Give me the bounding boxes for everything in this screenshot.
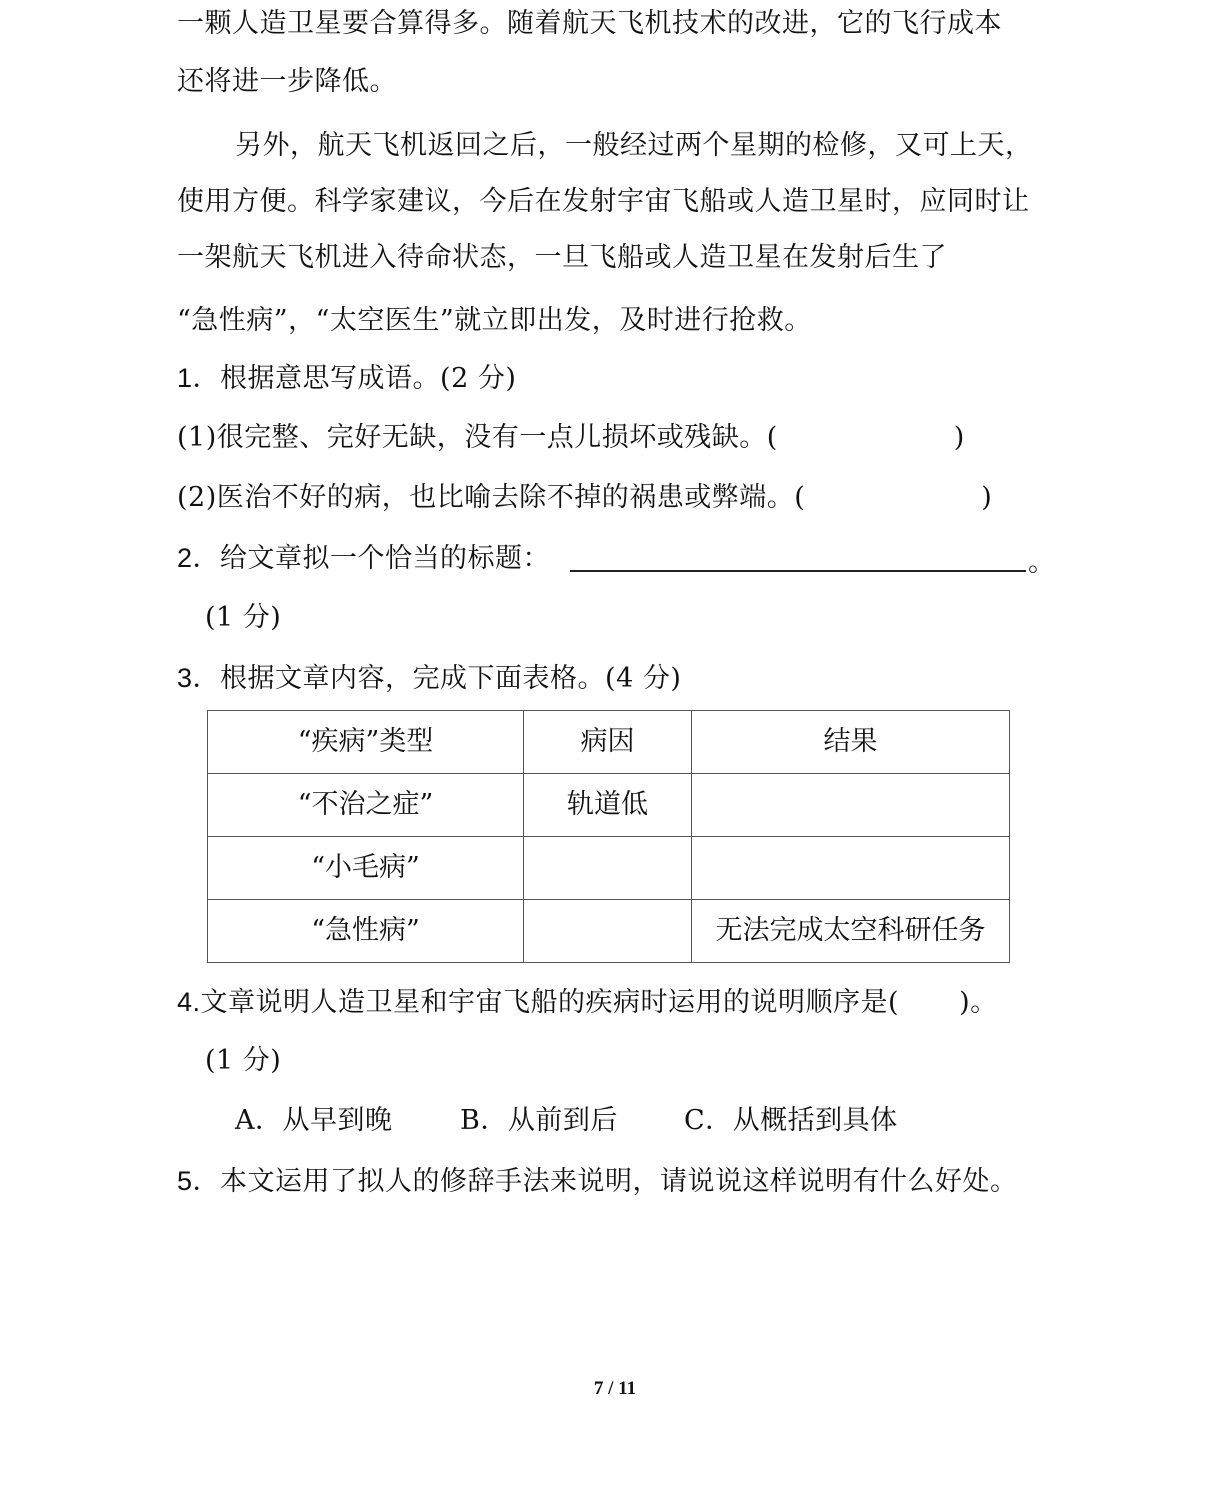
question-text: 文章说明人造卫星和宇宙飞船的疾病时运用的说明顺序是( [201,987,900,1018]
question-number: 5． [177,1166,220,1196]
passage-line: 使用方便。科学家建议，今后在发射宇宙飞船或人造卫星时，应同时让 [177,182,1030,222]
table-cell: 无法完成太空科研任务 [692,900,1010,963]
question-text: 根据文章内容，完成下面表格。(4 分) [220,663,681,694]
title-answer-line[interactable] [570,570,1026,572]
table-header: 病因 [524,711,692,774]
question-number: 4. [177,987,201,1017]
table-row: “急性病” 无法完成太空科研任务 [208,900,1010,963]
table-cell-blank[interactable] [692,837,1010,900]
table-row: “小毛病” [208,837,1010,900]
page-number: 7 / 11 [0,1378,1230,1400]
passage-line: 另外，航天飞机返回之后，一般经过两个星期的检修，又可上天， [235,126,1033,166]
table-row: “不治之症” 轨道低 [208,774,1010,837]
question-text: 给文章拟一个恰当的标题： [220,543,550,574]
passage-line: “急性病”，“太空医生”就立即出发，及时进行抢救。 [177,301,812,341]
question-number: 2． [177,543,220,573]
close-paren: ) [954,422,965,453]
table-header: “疾病”类型 [208,711,524,774]
table-cell: “不治之症” [208,774,524,837]
period: 。 [1028,543,1055,583]
table-cell-blank[interactable] [692,774,1010,837]
close-paren: ) [981,482,992,513]
question-score: (1 分) [205,598,281,638]
question-text: 本文运用了拟人的修辞手法来说明，请说说这样说明有什么好处。 [220,1166,1018,1197]
table-cell: 轨道低 [524,774,692,837]
table-cell: “急性病” [208,900,524,963]
sub-question-1: (1)很完整、完好无缺，没有一点儿损坏或残缺。( [177,422,778,453]
question-number: 3． [177,663,220,693]
close-paren: )。 [959,987,998,1018]
question-text: 根据意思写成语。(2 分) [220,363,516,394]
option-c[interactable]: C．从概括到具体 [684,1101,898,1141]
question-number: 1． [177,363,220,393]
table-cell: “小毛病” [208,837,524,900]
answer-table: “疾病”类型 病因 结果 “不治之症” 轨道低 “小毛病” “急性病” 无法完成… [207,710,1010,963]
table-header: 结果 [692,711,1010,774]
option-b[interactable]: B．从前到后 [460,1101,684,1141]
sub-question-2: (2)医治不好的病，也比喻去除不掉的祸患或弊端。( [177,482,805,513]
options: A．从早到晚B．从前到后C．从概括到具体 [235,1101,898,1141]
table-cell-blank[interactable] [524,900,692,963]
option-a[interactable]: A．从早到晚 [235,1101,460,1141]
passage-line: 还将进一步降低。 [177,62,397,102]
passage-line: 一架航天飞机进入待命状态，一旦飞船或人造卫星在发射后生了 [177,238,947,278]
table-header-row: “疾病”类型 病因 结果 [208,711,1010,774]
question-score: (1 分) [205,1041,281,1081]
passage-line: 一颗人造卫星要合算得多。随着航天飞机技术的改进，它的飞行成本 [177,4,1002,44]
table-cell-blank[interactable] [524,837,692,900]
